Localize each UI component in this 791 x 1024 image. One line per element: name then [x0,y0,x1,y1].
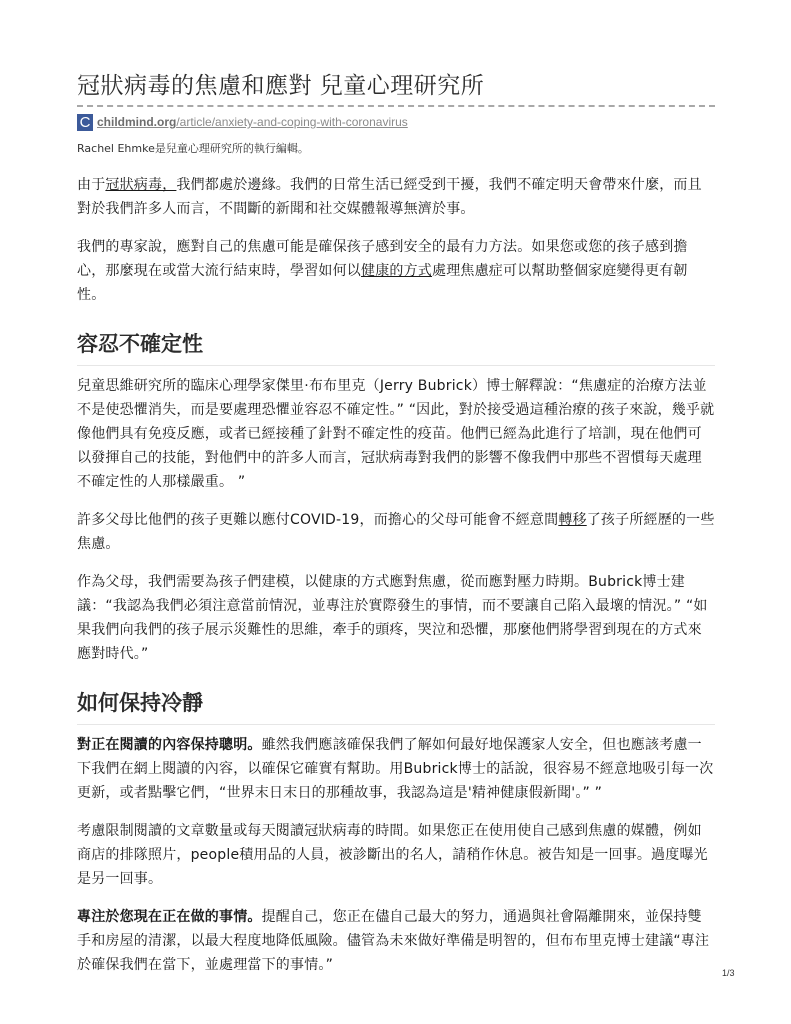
page-number: 1/3 [722,968,735,978]
title-divider [77,105,715,107]
intro-paragraph-1: 由于冠狀病毒，我們都處於邊緣。我們的日常生活已經受到干擾，我們不確定明天會帶來什… [77,173,715,221]
page-title: 冠狀病毒的焦慮和應對 兒童心理研究所 [77,70,715,102]
article-page: 冠狀病毒的焦慮和應對 兒童心理研究所 C childmind.org/artic… [77,70,715,977]
section1-paragraph-3: 作為父母，我們需要為孩子們建模，以健康的方式應對焦慮，從而應對壓力時期。Bubr… [77,570,715,666]
text: 許多父母比他們的孩子更難以應付COVID-19，而擔心的父母可能會不經意間 [77,512,558,528]
source-link[interactable]: childmind.org/article/anxiety-and-coping… [97,115,408,129]
source-path[interactable]: /article/anxiety-and-coping-with-coronav… [176,115,407,129]
text: 由于 [77,177,105,193]
coronavirus-link[interactable]: 冠狀病毒， [105,177,176,193]
section-heading-staying-calm: 如何保持冷靜 [77,688,715,725]
healthy-way-link[interactable]: 健康的方式 [361,263,432,279]
section1-paragraph-2: 許多父母比他們的孩子更難以應付COVID-19，而擔心的父母可能會不經意間轉移了… [77,508,715,556]
section1-paragraph-1: 兒童思維研究所的臨床心理學家傑里·布布里克（Jerry Bubrick）博士解釋… [77,374,715,494]
source-domain[interactable]: childmind.org [97,115,176,129]
byline: Rachel Ehmke是兒童心理研究所的執行編輯。 [77,141,715,157]
section2-paragraph-2: 考慮限制閱讀的文章數量或每天閱讀冠狀病毒的時間。如果您正在使用使自己感到焦慮的媒… [77,819,715,891]
bold-lead: 對正在閱讀的內容保持聰明。 [77,737,262,753]
bold-lead: 專注於您現在正在做的事情。 [77,909,262,925]
source-line: C childmind.org/article/anxiety-and-copi… [77,112,715,132]
intro-paragraph-2: 我們的專家說，應對自己的焦慮可能是確保孩子感到安全的最有力方法。如果您或您的孩子… [77,235,715,307]
transfer-link[interactable]: 轉移 [558,512,586,528]
section2-paragraph-1: 對正在閱讀的內容保持聰明。雖然我們應該確保我們了解如何最好地保護家人安全，但也應… [77,733,715,805]
site-favicon-icon: C [77,114,93,131]
section-heading-tolerating-uncertainty: 容忍不確定性 [77,329,715,366]
section2-paragraph-3: 專注於您現在正在做的事情。提醒自己，您正在儘自己最大的努力，通過與社會隔離開來，… [77,905,715,977]
